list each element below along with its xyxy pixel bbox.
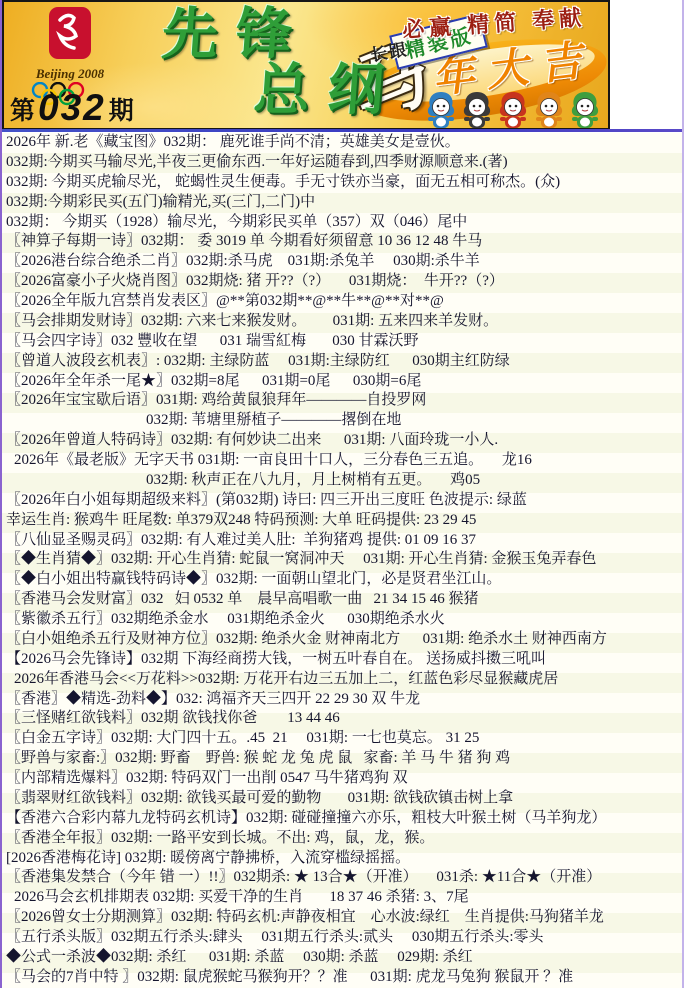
text-line: 〖香港马会发财富〗032 妇 0532 单 晨早高唱歌一曲 21 34 15 4…	[6, 590, 684, 610]
text-line: 〖2026全年版九宫禁肖发表区〗@**第032期**@**牛**@**对**@	[6, 292, 684, 312]
text-line: 〖白金五字诗〗032期: 大门四十五。.45 21 031期: 一七也莫忘。 3…	[6, 729, 684, 749]
fuwa-jingjing-icon	[460, 90, 494, 130]
body-lines: 2026年 新.老《藏宝图》032期： 鹿死谁手尚不清；英雄美女是壹伙。032期…	[2, 133, 684, 988]
text-line: 2026年 新.老《藏宝图》032期： 鹿死谁手尚不清；英雄美女是壹伙。	[6, 133, 684, 153]
text-line: 〖白小姐绝杀五行及财神方位〗032期: 绝杀火金 财神南北方 031期: 绝杀水…	[6, 630, 684, 650]
text-line: 〖香港全年报〗032期: 一路平安到长城。不出: 鸡，鼠，龙，猴。	[6, 829, 684, 849]
text-line: 2026年《最老版》无字天书 031期: 一亩良田十口人，三分春色三五追。 龙1…	[6, 451, 684, 471]
text-line: 〖野兽与家畜:〗032期: 野畜 野兽: 猴 蛇 龙 兔 虎 鼠 家畜: 羊 马…	[6, 749, 684, 769]
issue-value: 032	[35, 90, 109, 126]
text-line: 〖香港〗◆精选-劲料◆】032: 鸿福齐天三四开 22 29 30 双 牛龙	[6, 690, 684, 710]
text-line: 〖2026港台综合绝杀二肖〗032期:杀马虎 031期:杀兔羊 030期:杀牛羊	[6, 252, 684, 272]
issue-number: 第 032 期	[10, 90, 134, 126]
fuwa-mascots	[424, 90, 602, 130]
text-line: 〖内部精选爆料〗032期: 特码双门一出削 0547 马牛猪鸡狗 双	[6, 769, 684, 789]
text-line: 〖三怪赌红欲钱料〗032期 欲钱找你爸 13 44 46	[6, 709, 684, 729]
text-line: 〖翡翠财红欲钱料〗032期: 欲钱买最可爱的勤物 031期: 欲钱砍镇击树上拿	[6, 789, 684, 809]
text-line: 〖2026年全年杀一尾★〗032期=8尾 031期=0尾 030期=6尾	[6, 372, 684, 392]
text-line: 〖马会的7肖中特 〗032期: 鼠虎猴蛇马猴狗开？？准 031期: 虎龙马兔狗 …	[6, 968, 684, 988]
issue-prefix: 第	[10, 96, 35, 126]
text-line: 2026马会玄机排期表 032期: 买爱干净的生肖 18 37 46 杀猪: 3…	[6, 888, 684, 908]
text-line: 幸运生肖: 猴鸡牛 旺尾数: 单379双248 特码预测: 大单 旺码提供: 2…	[6, 511, 684, 531]
fuwa-yingying-icon	[532, 90, 566, 130]
text-line: 〖◆生肖猜◆〗032期: 开心生肖猜: 蛇鼠一窝洞冲天 031期: 开心生肖猜:…	[6, 550, 684, 570]
fuwa-nini-icon	[568, 90, 602, 130]
olympic-brand-text: Beijing 2008	[14, 66, 126, 82]
text-line: 〖香港集发禁合（今年 错 一）!!〗032期杀: ★ 13合★（开准） 031杀…	[6, 868, 684, 888]
text-line: 〖五行杀头版〗032期五行杀头:肆头 031期五行杀头:贰头 030期五行杀头:…	[6, 928, 684, 948]
text-line: 〖2026年曾道人特码诗〗032期: 有何妙诀二出来 031期: 八面玲珑一小人…	[6, 431, 684, 451]
text-line: 〖2026曾女士分期测算〗032期: 特码玄机:声静夜相宜 心水波:绿红 生肖提…	[6, 908, 684, 928]
text-line: 032期： 今期买（1928）输尽光，今期彩民买单（357）双（046）尾中	[6, 213, 684, 233]
fuwa-huanhuan-icon	[496, 90, 530, 130]
text-line: 032期: 秋声正在八九月，月上树梢有五更。 鸡05	[6, 471, 684, 491]
slogan-text: 必赢 精简 奉献	[401, 1, 587, 45]
text-line: 〖2026富豪小子火烧肖图〗032期烧: 猪 开??（?） 031期烧： 牛开?…	[6, 272, 684, 292]
text-line: 【香港六合彩内幕九龙特码玄机诗】032期: 碰碰撞撞六亦乐，粗枝大叶猴土树（马羊…	[6, 809, 684, 829]
text-line: 【2026马会先锋诗】032期 下海经商捞大钱，一树五叶春自在。 送扬威抖擞三吼…	[6, 650, 684, 670]
text-line: 〖2026年白小姐每期超级来料〗(第032期) 诗曰: 四三开出三度旺 色波提示…	[6, 491, 684, 511]
text-line: [2026香港梅花诗] 032期: 暖傍离宁静拂桥，入流穿槛绿摇摇。	[6, 849, 684, 869]
olympic-emblem-icon	[48, 6, 92, 60]
text-line: 〖紫徽杀五行〗032期绝杀金水 031期绝杀金火 030期绝杀水火	[6, 610, 684, 630]
text-line: 032期: 苇塘里掰植子————撂倒在地	[6, 411, 684, 431]
header-divider-rule	[2, 129, 684, 132]
masthead-banner: Beijing 2008 第 032 期 先锋 总纲 精装版 必赢 精简 奉献 …	[2, 0, 610, 130]
tipsheet-page: Beijing 2008 第 032 期 先锋 总纲 精装版 必赢 精简 奉献 …	[0, 0, 684, 988]
fuwa-beibei-icon	[424, 90, 458, 130]
text-line: 032期:今期买马输尽光,半夜三更偷东西.一年好运随春到,四季财源顺意来.(著)	[6, 153, 684, 173]
issue-suffix: 期	[109, 96, 134, 126]
text-line: 2026年香港马会<<万花料>>032期: 万花开右边三五加上二，红蓝色彩尽显猴…	[6, 670, 684, 690]
masthead-title-part2: 总纲	[252, 60, 404, 120]
text-line: 〖八仙显圣赐灵码〗032期: 有人难过美人肚: 羊狗猪鸡 提供: 01 09 1…	[6, 531, 684, 551]
text-line: 〖曾道人波段玄机表〗: 032期: 主绿防蓝 031期:主绿防红 030期主红防…	[6, 352, 684, 372]
text-line: 〖神算子每期一诗〗032期： 委 3019 单 今期看好须留意 10 36 12…	[6, 232, 684, 252]
text-line: 〖2026年宝宝歇后语〗031期: 鸡给黄鼠狼拜年————自投罗网	[6, 391, 684, 411]
text-line: 〖马会排期发财诗〗032期: 六来七来猴发财。 031期: 五来四来羊发财。	[6, 312, 684, 332]
text-line: 〖◆白小姐出特赢钱特码诗◆〗032期: 一面朝山望北门，必是贤君坐江山。	[6, 570, 684, 590]
text-line: 032期:今期彩民买(五门)输精光,买(三门,二门)中	[6, 193, 684, 213]
text-line: ◆公式一杀波◆032期: 杀红 031期: 杀蓝 030期: 杀蓝 029期: …	[6, 948, 684, 968]
text-line: 〖马会四字诗〗032 豐收在望 031 瑞雪紅梅 030 甘霖沃野	[6, 332, 684, 352]
masthead-title-part1: 先锋	[160, 4, 312, 64]
text-line: 032期: 今期买虎输尽光， 蛇蝎性灵生便毒。手无寸铁亦当豪，面无五相可称杰。(…	[6, 173, 684, 193]
